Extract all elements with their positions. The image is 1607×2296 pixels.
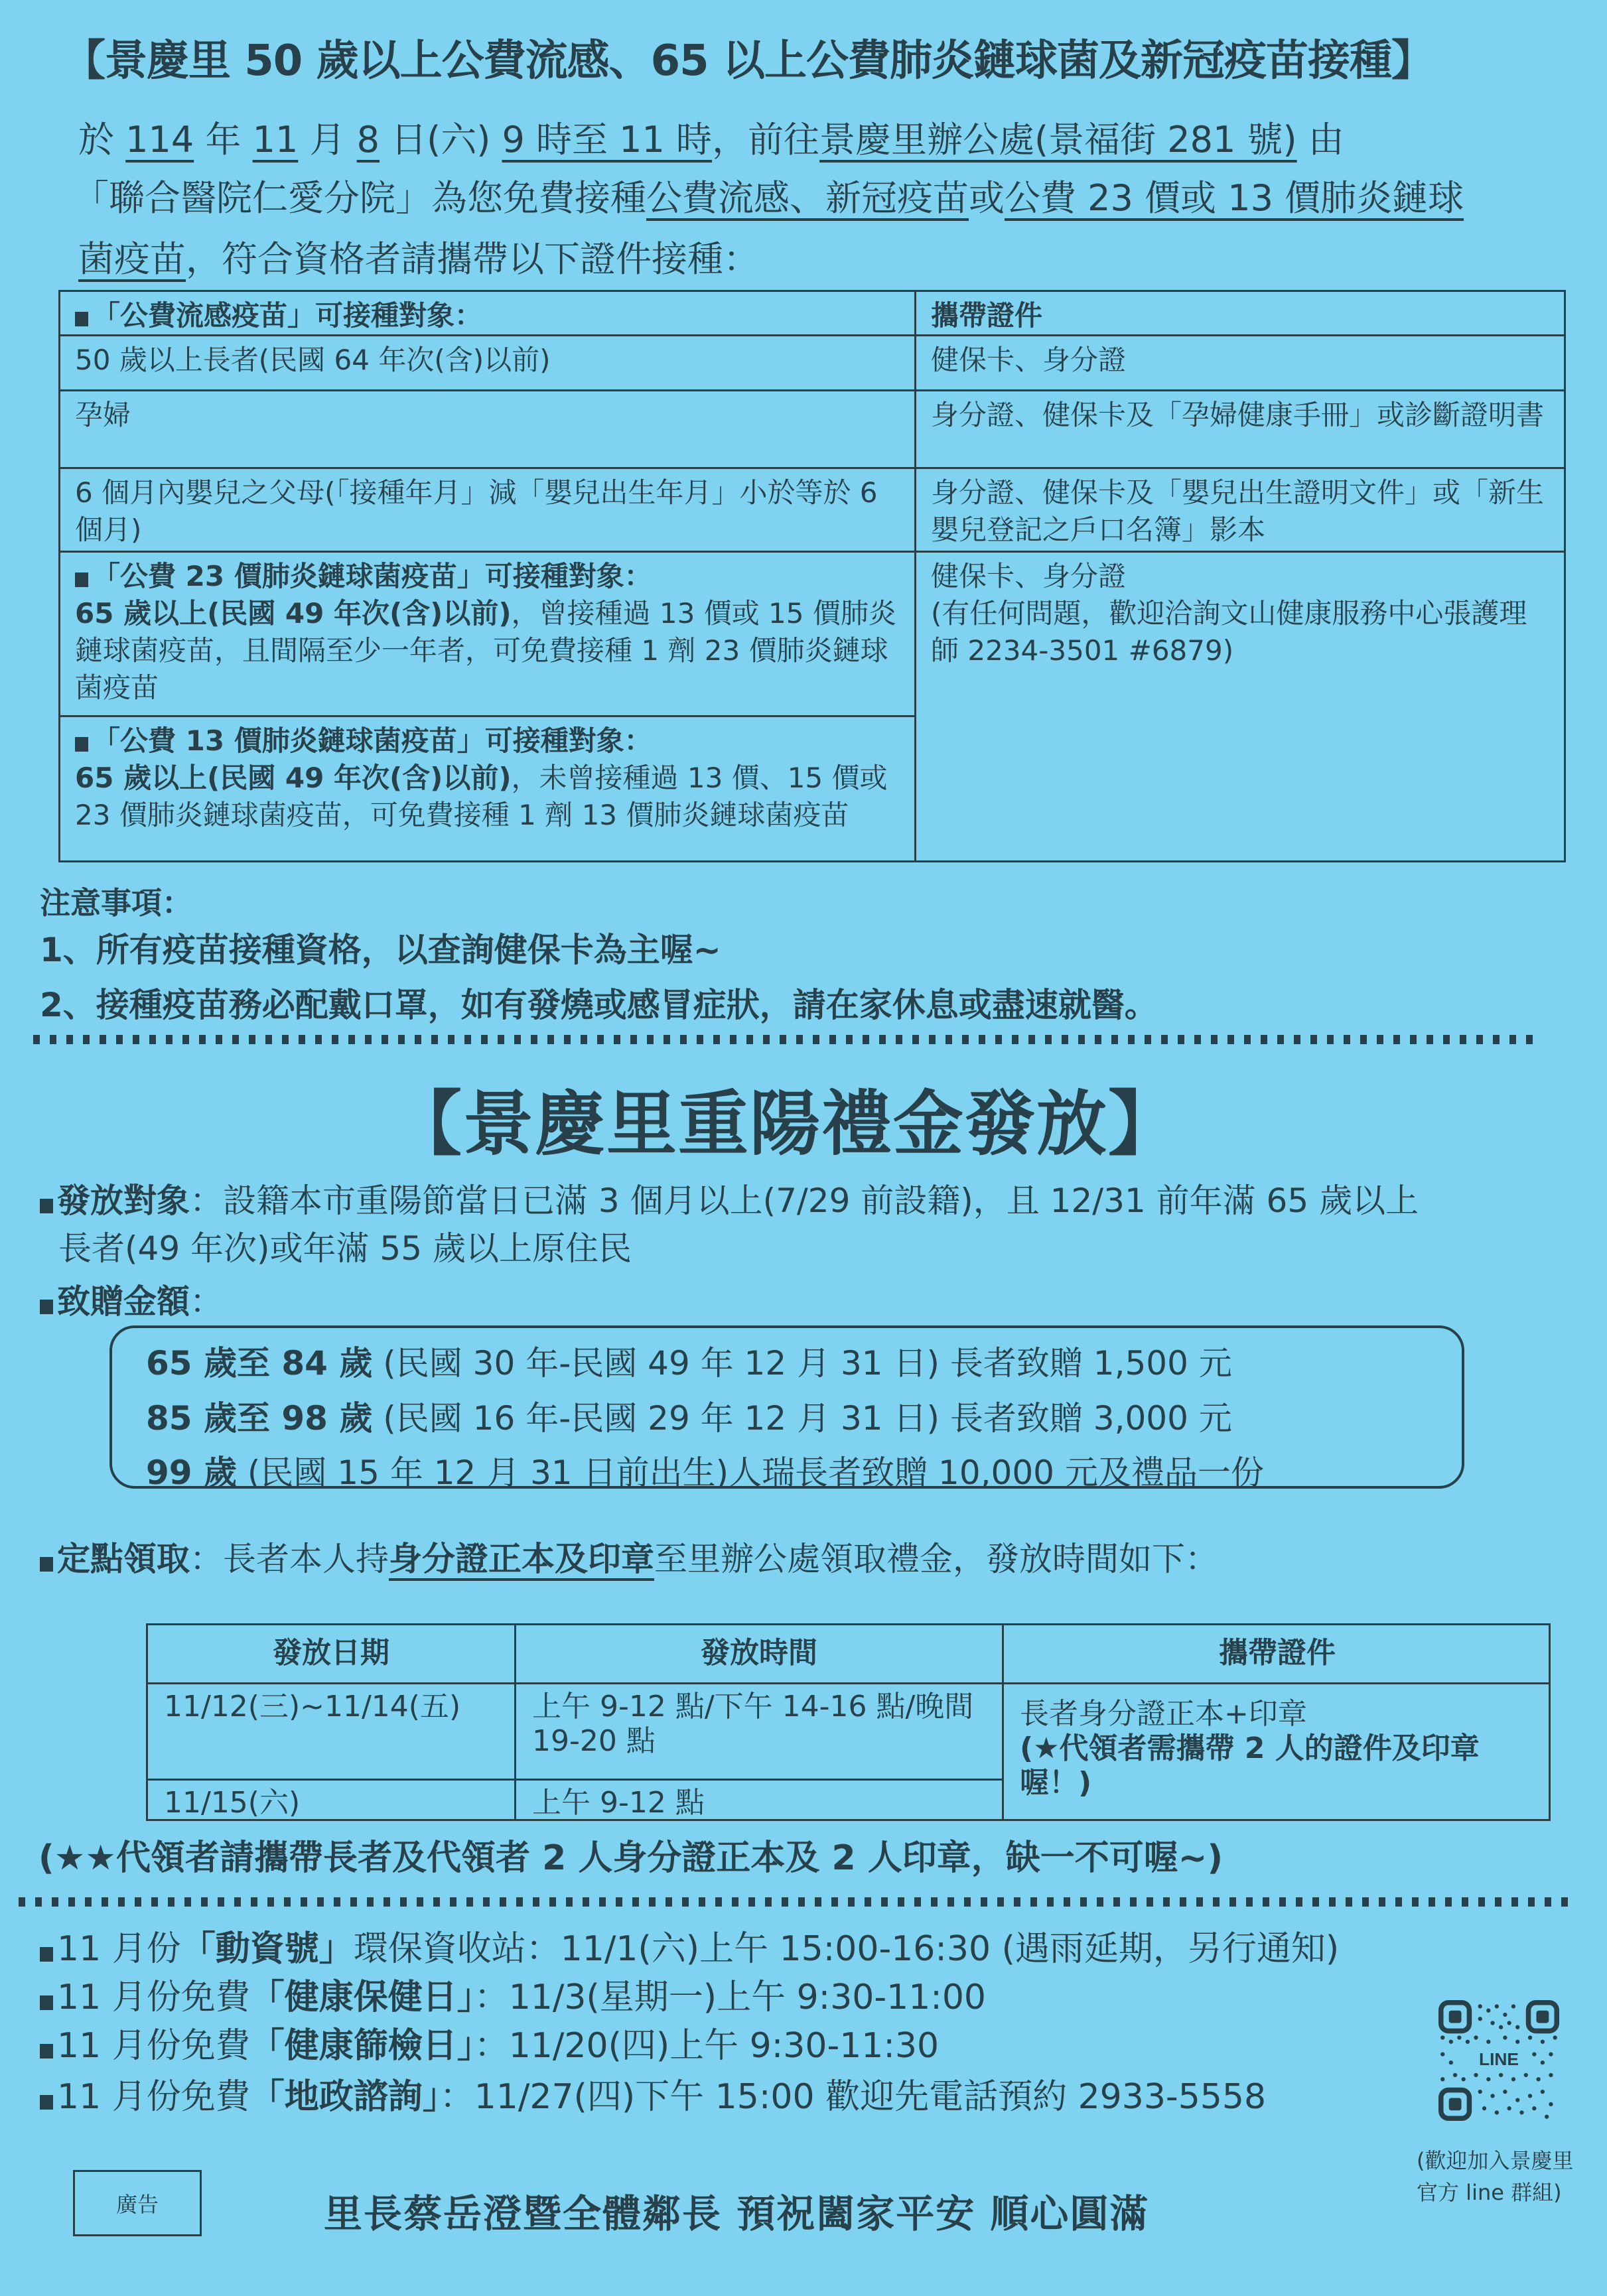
bullet-square-icon: [75, 737, 88, 752]
gift-tier: 65 歲至 84 歲 (民國 30 年-民國 49 年 12 月 31 日) 長…: [146, 1337, 1232, 1384]
announcement-item: 11 月份免費「健康篩檢日」：11/20(四)上午 9:30-11:30: [40, 2017, 939, 2067]
footer-message: 里長蔡岳澄暨全體鄰長 預祝闔家平安 順心圓滿: [324, 2183, 1149, 2238]
schedule-documents: 長者身分證正本+印章 (★代領者需攜帶 2 人的證件及印章喔！): [1004, 1692, 1551, 1806]
announcement-item: 11 月份免費「健康保健日」：11/3(星期一)上午 9:30-11:00: [40, 1969, 986, 2019]
header-date: 發放日期: [148, 1625, 514, 1682]
gift-tier: 85 歲至 98 歲 (民國 16 年-民國 29 年 12 月 31 日) 長…: [146, 1392, 1232, 1440]
flu-eligibility-header: 「公費流感疫苗」可接種對象：: [60, 292, 916, 336]
bullet-square-icon: [75, 312, 88, 326]
announcement-item: 11 月份免費「地政諮詢」：11/27(四)下午 15:00 歡迎先電話預約 2…: [40, 2068, 1266, 2118]
table-row-docs: 健保卡、身分證: [916, 336, 1564, 391]
eligibility-line-2: 長者(49 年次)或年滿 55 歲以上原住民: [58, 1222, 632, 1270]
bullet-square-icon: [40, 1300, 53, 1314]
bullet-square-icon: [40, 1947, 53, 1962]
schedule-time: 上午 9-12 點: [516, 1781, 1002, 1826]
table-row: 6 個月內嬰兒之父母(「接種年月」減「嬰兒出生年月」小於等於 6 個月): [60, 469, 916, 553]
bullet-square-icon: [40, 1557, 53, 1572]
svg-text:LINE: LINE: [1479, 2049, 1519, 2069]
bullet-square-icon: [40, 2095, 53, 2110]
dotted-divider: [19, 1897, 1570, 1907]
documents-header: 攜帶證件: [916, 292, 1564, 336]
dotted-divider: [33, 1035, 1536, 1044]
gift-tier: 99 歲 (民國 15 年 12 月 31 日前出生)人瑞長者致贈 10,000…: [146, 1446, 1264, 1494]
intro-line-3: 菌疫苗，符合資格者請攜帶以下證件接種：: [78, 231, 759, 282]
line-qr-code-icon[interactable]: LINE: [1438, 2000, 1559, 2121]
vaccine-title: 【景慶里 50 歲以上公費流感、65 以上公費肺炎鏈球菌及新冠疫苗接種】: [63, 27, 1433, 88]
bullet-square-icon: [40, 2044, 53, 2059]
note-item: 1、所有疫苗接種資格，以查詢健保卡為主喔~: [40, 923, 721, 971]
schedule-time: 上午 9-12 點/下午 14-16 點/晚間 19-20 點: [516, 1684, 1002, 1764]
pcv13-eligibility: 「公費 13 價肺炎鏈球菌疫苗」可接種對象： 65 歲以上(民國 49 年次(含…: [60, 717, 916, 862]
ppv23-eligibility: 「公費 23 價肺炎鏈球菌疫苗」可接種對象： 65 歲以上(民國 49 年次(含…: [60, 553, 916, 717]
pickup-info: 定點領取：長者本人持身分證正本及印章至里辦公處領取禮金，發放時間如下：: [40, 1532, 1218, 1580]
announcement-item: 11 月份「動資號」環保資收站：11/1(六)上午 15:00-16:30 (遇…: [40, 1921, 1339, 1970]
festival-title: 【景慶里重陽禮金發放】: [391, 1068, 1180, 1169]
ad-label-box: 廣告: [73, 2170, 202, 2236]
vaccine-eligibility-table: 「公費流感疫苗」可接種對象： 攜帶證件 50 歲以上長者(民國 64 年次(含)…: [58, 290, 1566, 862]
intro-line-1: 於 114 年 11 月 8 日(六) 9 時至 11 時，前往景慶里辦公處(景…: [78, 111, 1344, 163]
distribution-schedule-table: 發放日期 發放時間 攜帶證件 11/12(三)~11/14(五) 上午 9-12…: [146, 1623, 1551, 1821]
header-time: 發放時間: [516, 1625, 1002, 1682]
table-row-docs: 身分證、健保卡及「嬰兒出生證明文件」或「新生嬰兒登記之戶口名簿」影本: [916, 469, 1564, 553]
table-row: 孕婦: [60, 391, 916, 469]
proxy-note: (★★代領者請攜帶長者及代領者 2 人身分證正本及 2 人印章，缺一不可喔~): [38, 1830, 1223, 1879]
bullet-square-icon: [40, 1199, 53, 1213]
qr-caption: (歡迎加入景慶里: [1417, 2144, 1574, 2175]
schedule-date: 11/12(三)~11/14(五): [148, 1684, 514, 1729]
schedule-date: 11/15(六): [148, 1781, 514, 1826]
eligibility-line-1: 發放對象：設籍本市重陽節當日已滿 3 個月以上(7/29 前設籍)，且 12/3…: [40, 1174, 1419, 1222]
qr-caption: 官方 line 群組): [1417, 2176, 1562, 2206]
contact-info: (有任何問題，歡迎洽詢文山健康服務中心張護理師 2234-3501 #6879): [931, 595, 1549, 669]
amount-label: 致贈金額：: [40, 1275, 223, 1323]
pneumococcal-documents: 健保卡、身分證 (有任何問題，歡迎洽詢文山健康服務中心張護理師 2234-350…: [916, 553, 1564, 862]
table-row-docs: 身分證、健保卡及「孕婦健康手冊」或診斷證明書: [916, 391, 1564, 469]
note-item: 2、接種疫苗務必配戴口罩，如有發燒或感冒症狀，請在家休息或盡速就醫。: [40, 979, 1158, 1026]
intro-line-2: 「聯合醫院仁愛分院」為您免費接種公費流感、新冠疫苗或公費 23 價或 13 價肺…: [73, 170, 1464, 221]
bullet-square-icon: [40, 1995, 53, 2010]
notes-title: 注意事項：: [40, 879, 192, 923]
bullet-square-icon: [75, 573, 88, 587]
proxy-docs-note: (★代領者需攜帶 2 人的證件及印章喔！): [1020, 1731, 1535, 1800]
table-row: 50 歲以上長者(民國 64 年次(含)以前): [60, 336, 916, 391]
header-documents: 攜帶證件: [1004, 1625, 1551, 1682]
